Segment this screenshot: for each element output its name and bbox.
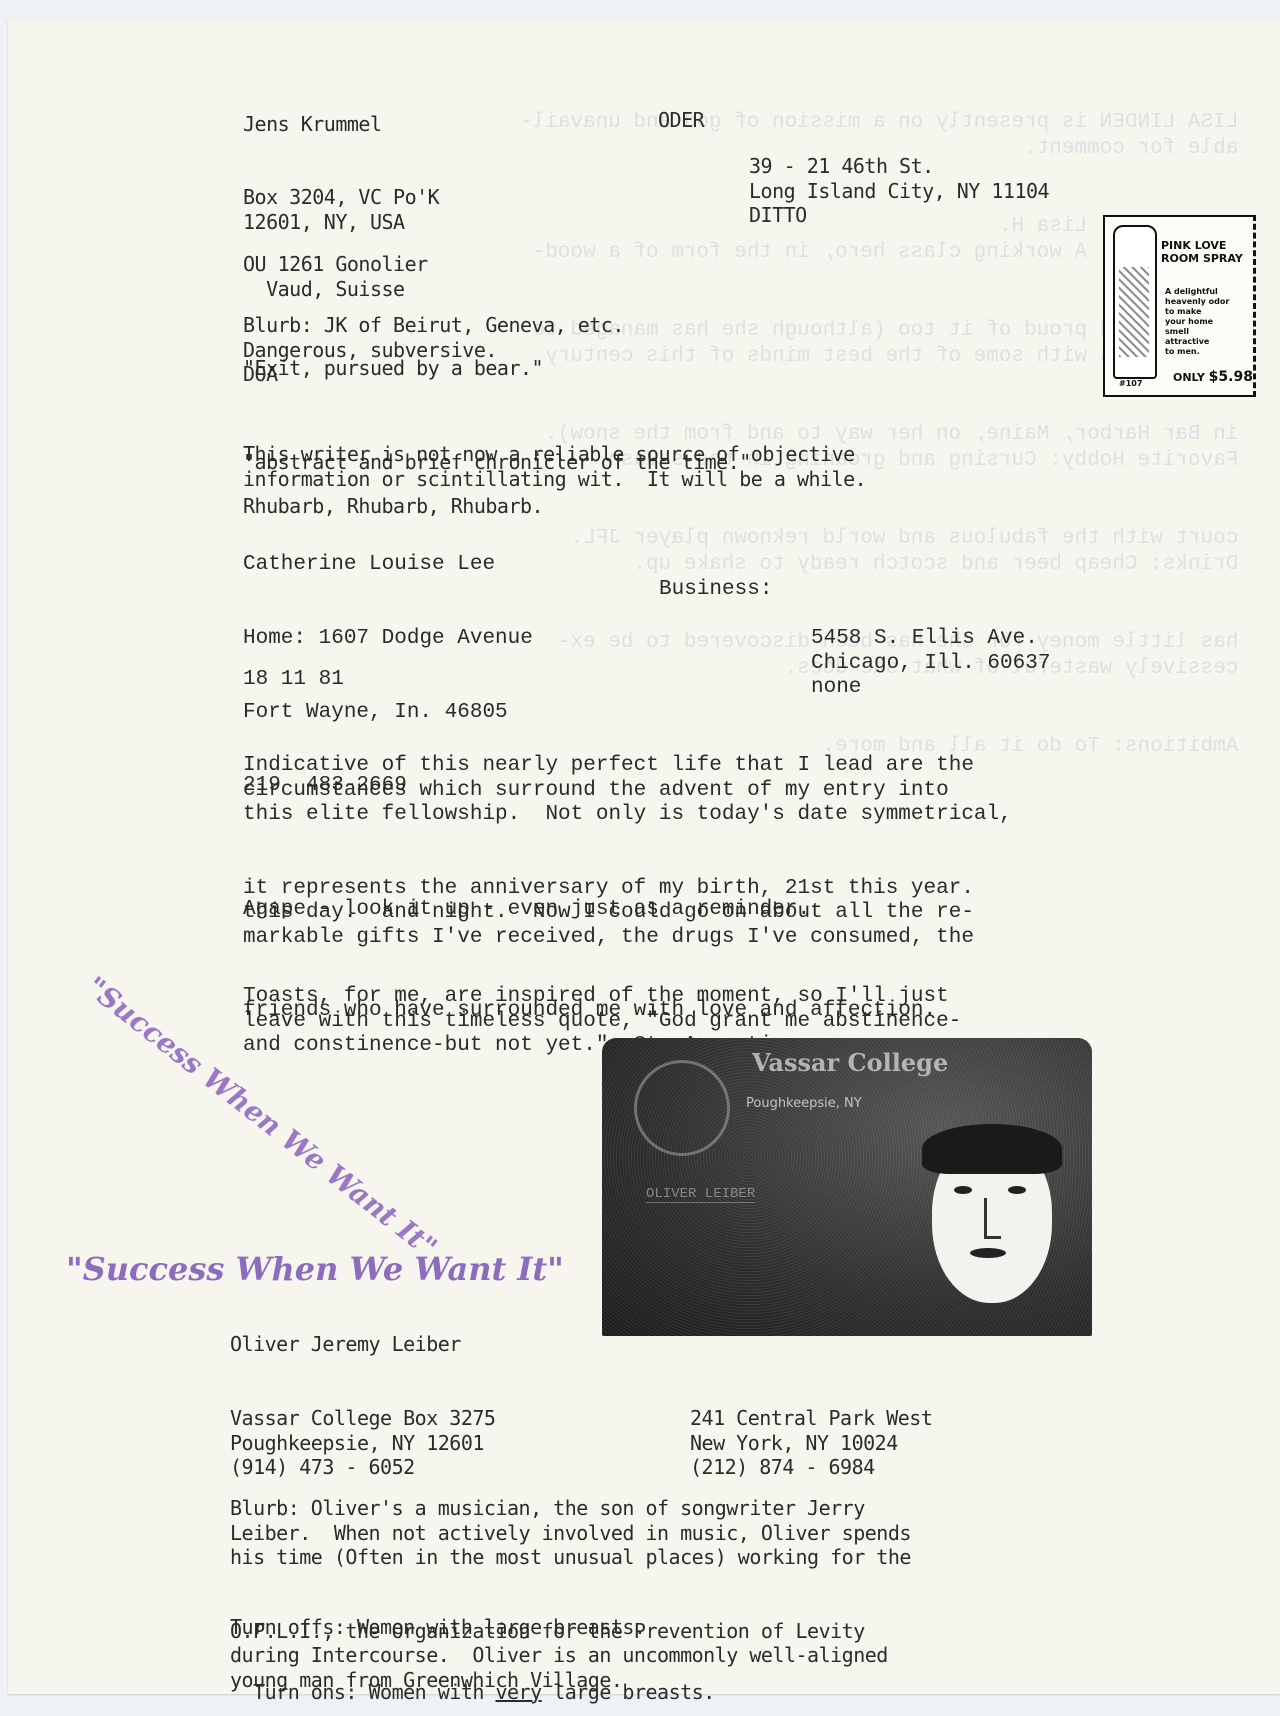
id-college-name: Vassar College [752,1048,948,1077]
pink-love-room-spray-ad: PINK LOVEROOM SPRAY A delightful heavenl… [1103,215,1256,397]
spray-can-icon [1113,225,1157,379]
catherine-business-label: Business: [659,578,772,603]
id-city: Poughkeepsie, NY [746,1096,862,1111]
jens-blurb: Blurb: JK of Beirut, Geneva, etc.Dangero… [243,264,624,411]
jens-name: Jens Krummel [243,112,382,137]
ad-description: A delightful heavenly odor to make your … [1165,287,1229,357]
jens-quote-bear: "Exit, pursued by a bear." [243,356,543,381]
portrait-hair [922,1124,1062,1174]
jens-second-address: 39 - 21 46th St.Long Island City, NY 111… [749,105,1049,252]
catherine-date: 18 11 81 [243,668,344,693]
jens-oder-label: ODER [658,108,704,133]
ad-price: ONLY $5.98 [1173,369,1253,385]
jens-quote-chronicler: "abstract and brief chronicler of the ti… [243,450,751,475]
ad-sku: #107 [1119,379,1142,388]
oliver-turn-offs: Turn offs: Women with large breasts. [230,1615,645,1640]
id-name: OLIVER LEIBER [646,1186,755,1203]
catherine-name: Catherine Louise Lee [243,553,495,578]
oliver-name: Oliver Jeremy Leiber [230,1332,461,1357]
jens-closing: Rhubarb, Rhubarb, Rhubarb. [243,494,543,519]
oliver-turn-ons: Turn ons: Women with very large breasts. [230,1655,715,1704]
emphasis-very: very [495,1680,541,1704]
ad-title: PINK LOVEROOM SPRAY [1161,239,1243,265]
vassar-id-card-photo: Vassar College Poughkeepsie, NY OLIVER L… [602,1038,1092,1336]
catherine-agape: Agape - look it up - even just as a remi… [243,898,810,923]
college-seal-icon [634,1060,730,1156]
success-stamp-flat: "Success When We Want It" [66,1250,564,1288]
catherine-business-address: 5458 S. Ellis Ave.Chicago, Ill. 60637non… [811,578,1050,725]
